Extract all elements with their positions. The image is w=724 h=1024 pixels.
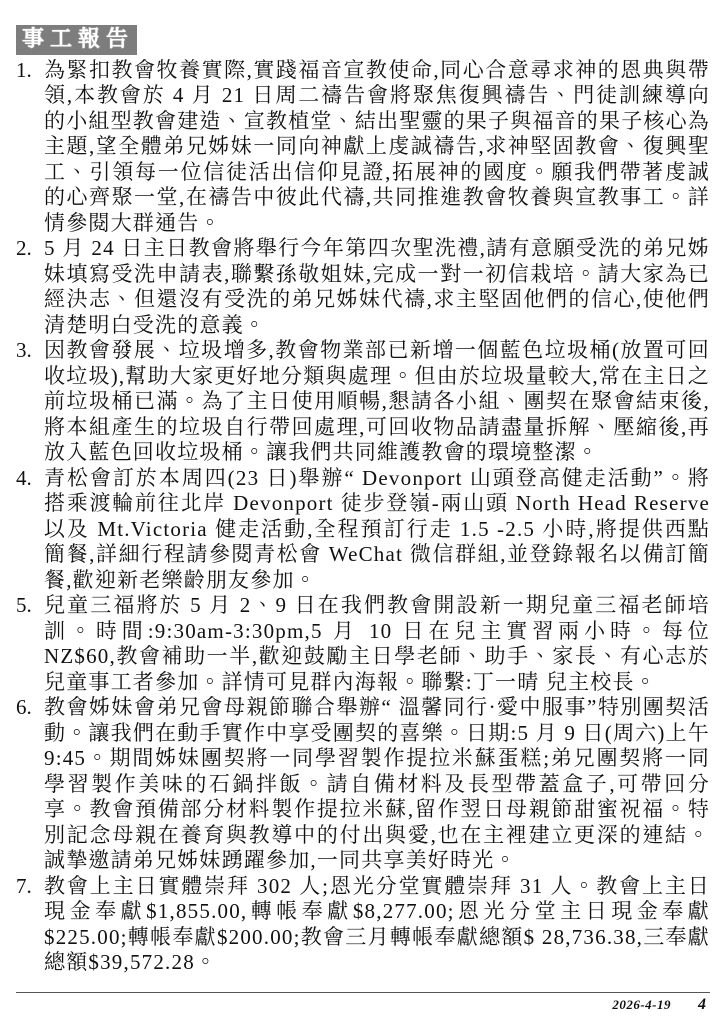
item-text: 因教會發展、垃圾增多,教會物業部已新增一個藍色垃圾桶(放置可回收垃圾),幫助大家…	[44, 338, 710, 466]
report-item: 7. 教會上主日實體崇拜 302 人;恩光分堂實體崇拜 31 人。教會上主日現金…	[16, 874, 710, 976]
item-text: 教會姊妹會弟兄會母親節聯合舉辦“ 溫馨同行·愛中服事”特別團契活動。讓我們在動手…	[44, 695, 710, 874]
report-item: 1. 為緊扣教會牧養實際,實踐福音宣教使命,同心合意尋求神的恩典與帶領,本教會於…	[16, 58, 710, 237]
bulletin-page: 事工報告 1. 為緊扣教會牧養實際,實踐福音宣教使命,同心合意尋求神的恩典與帶領…	[0, 0, 724, 1024]
report-item: 3. 因教會發展、垃圾增多,教會物業部已新增一個藍色垃圾桶(放置可回收垃圾),幫…	[16, 338, 710, 466]
item-number: 2.	[16, 236, 44, 262]
item-text: 教會上主日實體崇拜 302 人;恩光分堂實體崇拜 31 人。教會上主日現金奉獻$…	[44, 874, 710, 976]
item-number: 6.	[16, 695, 44, 721]
item-number: 5.	[16, 593, 44, 619]
page-title: 事工報告	[16, 25, 137, 55]
item-number: 7.	[16, 874, 44, 900]
page-footer: 2026-4-19 4	[16, 992, 710, 1014]
report-item: 6. 教會姊妹會弟兄會母親節聯合舉辦“ 溫馨同行·愛中服事”特別團契活動。讓我們…	[16, 695, 710, 874]
item-number: 3.	[16, 338, 44, 364]
item-text: 為緊扣教會牧養實際,實踐福音宣教使命,同心合意尋求神的恩典與帶領,本教會於 4 …	[44, 58, 710, 237]
item-text: 兒童三福將於 5 月 2、9 日在我們教會開設新一期兒童三福老師培訓。時間:9:…	[44, 593, 710, 695]
item-number: 4.	[16, 466, 44, 492]
item-number: 1.	[16, 58, 44, 84]
footer-date: 2026-4-19	[612, 997, 671, 1013]
report-item: 4. 青松會訂於本周四(23 日)舉辦“ Devonport 山頭登高健走活動”…	[16, 466, 710, 594]
item-text: 5 月 24 日主日教會將舉行今年第四次聖洗禮,請有意願受洗的弟兄姊妹填寫受洗申…	[44, 236, 710, 338]
report-item: 5. 兒童三福將於 5 月 2、9 日在我們教會開設新一期兒童三福老師培訓。時間…	[16, 593, 710, 695]
footer-page-number: 4	[698, 996, 706, 1014]
item-text: 青松會訂於本周四(23 日)舉辦“ Devonport 山頭登高健走活動”。將搭…	[44, 466, 710, 594]
report-item: 2. 5 月 24 日主日教會將舉行今年第四次聖洗禮,請有意願受洗的弟兄姊妹填寫…	[16, 236, 710, 338]
report-list: 1. 為緊扣教會牧養實際,實踐福音宣教使命,同心合意尋求神的恩典與帶領,本教會於…	[16, 58, 710, 976]
